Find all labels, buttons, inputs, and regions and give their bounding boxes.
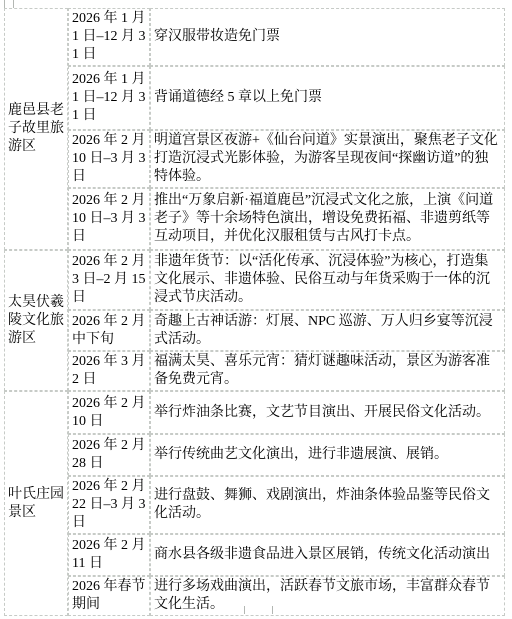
table-fragment-line <box>244 606 245 614</box>
table-row: 叶氏庄园景区 2026 年 2 月 10 日 举行炸油条比赛，文艺节目演出、开展… <box>4 391 505 434</box>
activity-cell: 非遗年货节：以“活化传承、沉浸体验”为核心，打造集文化展示、非遗体验、民俗互动与… <box>150 250 505 310</box>
date-cell: 2026 年 2 月 28 日 <box>68 434 150 476</box>
activity-cell: 进行多场戏曲演出，活跃春节文旅市场，丰富群众春节文化生活。 <box>150 576 505 616</box>
table-row: 2026 年 2 月 28 日 举行传统曲艺文化演出，进行非遗展演、展销。 <box>4 434 505 476</box>
activity-cell: 背诵道德经 5 章以上免门票 <box>150 66 505 130</box>
table-row: 太昊伏羲陵文化旅游区 2026 年 2 月 3 日–2 月 15 日 非遗年货节… <box>4 250 505 310</box>
date-cell: 2026 年 1 月 1 日–12 月 31 日 <box>68 8 150 66</box>
date-cell: 2026 年 3 月 2 日 <box>68 351 150 391</box>
table-fragment-line <box>4 0 5 8</box>
table-fragment-line <box>13 0 14 8</box>
table-row: 2026 年春节期间 进行多场戏曲演出，活跃春节文旅市场，丰富群众春节文化生活。 <box>4 576 505 616</box>
document-page: 鹿邑县老子故里旅游区 2026 年 1 月 1 日–12 月 31 日 穿汉服带… <box>0 0 512 619</box>
table-fragment-line <box>272 606 273 614</box>
date-cell: 2026 年 2 月 11 日 <box>68 534 150 576</box>
festival-events-table: 鹿邑县老子故里旅游区 2026 年 1 月 1 日–12 月 31 日 穿汉服带… <box>4 8 505 616</box>
activity-cell: 福满太昊、喜乐元宵：猜灯谜趣味活动，景区为游客准备免费元宵。 <box>150 351 505 391</box>
activity-cell: 举行传统曲艺文化演出，进行非遗展演、展销。 <box>150 434 505 476</box>
table-row: 2026 年 2 月 11 日 商水县各级非遗食品进入景区展销，传统文化活动演出 <box>4 534 505 576</box>
area-cell: 叶氏庄园景区 <box>4 391 68 616</box>
activity-cell: 商水县各级非遗食品进入景区展销，传统文化活动演出 <box>150 534 505 576</box>
activity-cell: 穿汉服带妆造免门票 <box>150 8 505 66</box>
area-cell: 鹿邑县老子故里旅游区 <box>4 8 68 250</box>
area-cell: 太昊伏羲陵文化旅游区 <box>4 250 68 391</box>
table-row: 鹿邑县老子故里旅游区 2026 年 1 月 1 日–12 月 31 日 穿汉服带… <box>4 8 505 66</box>
activity-cell: 举行炸油条比赛，文艺节目演出、开展民俗文化活动。 <box>150 391 505 434</box>
date-cell: 2026 年 2 月 3 日–2 月 15 日 <box>68 250 150 310</box>
date-cell: 2026 年 2 月 10 日–3 月 3 日 <box>68 130 150 188</box>
date-cell: 2026 年 2 月 10 日 <box>68 391 150 434</box>
table-row: 2026 年 2 月中下旬 奇趣上古神话游：灯展、NPC 巡游、万人归乡宴等沉浸… <box>4 310 505 351</box>
date-cell: 2026 年 2 月 10 日–3 月 3 日 <box>68 188 150 250</box>
activity-cell: 奇趣上古神话游：灯展、NPC 巡游、万人归乡宴等沉浸式活动。 <box>150 310 505 351</box>
table-row: 2026 年 2 月 10 日–3 月 3 日 明道宫景区夜游+《仙台问道》实景… <box>4 130 505 188</box>
table-row: 2026 年 1 月 1 日–12 月 31 日 背诵道德经 5 章以上免门票 <box>4 66 505 130</box>
table-row: 2026 年 3 月 2 日 福满太昊、喜乐元宵：猜灯谜趣味活动，景区为游客准备… <box>4 351 505 391</box>
activity-cell: 进行盘鼓、舞狮、戏剧演出，炸油条体验品鉴等民俗文化活动。 <box>150 476 505 534</box>
date-cell: 2026 年 1 月 1 日–12 月 31 日 <box>68 66 150 130</box>
table-row: 2026 年 2 月 22 日–3 月 3 日 进行盘鼓、舞狮、戏剧演出，炸油条… <box>4 476 505 534</box>
date-cell: 2026 年 2 月 22 日–3 月 3 日 <box>68 476 150 534</box>
date-cell: 2026 年春节期间 <box>68 576 150 616</box>
date-cell: 2026 年 2 月中下旬 <box>68 310 150 351</box>
table-row: 2026 年 2 月 10 日–3 月 3 日 推出“万象启新·福道鹿邑”沉浸式… <box>4 188 505 250</box>
activity-cell: 明道宫景区夜游+《仙台问道》实景演出，聚焦老子文化打造沉浸式光影体验，为游客呈现… <box>150 130 505 188</box>
activity-cell: 推出“万象启新·福道鹿邑”沉浸式文化之旅，上演《问道老子》等十余场特色演出，增设… <box>150 188 505 250</box>
